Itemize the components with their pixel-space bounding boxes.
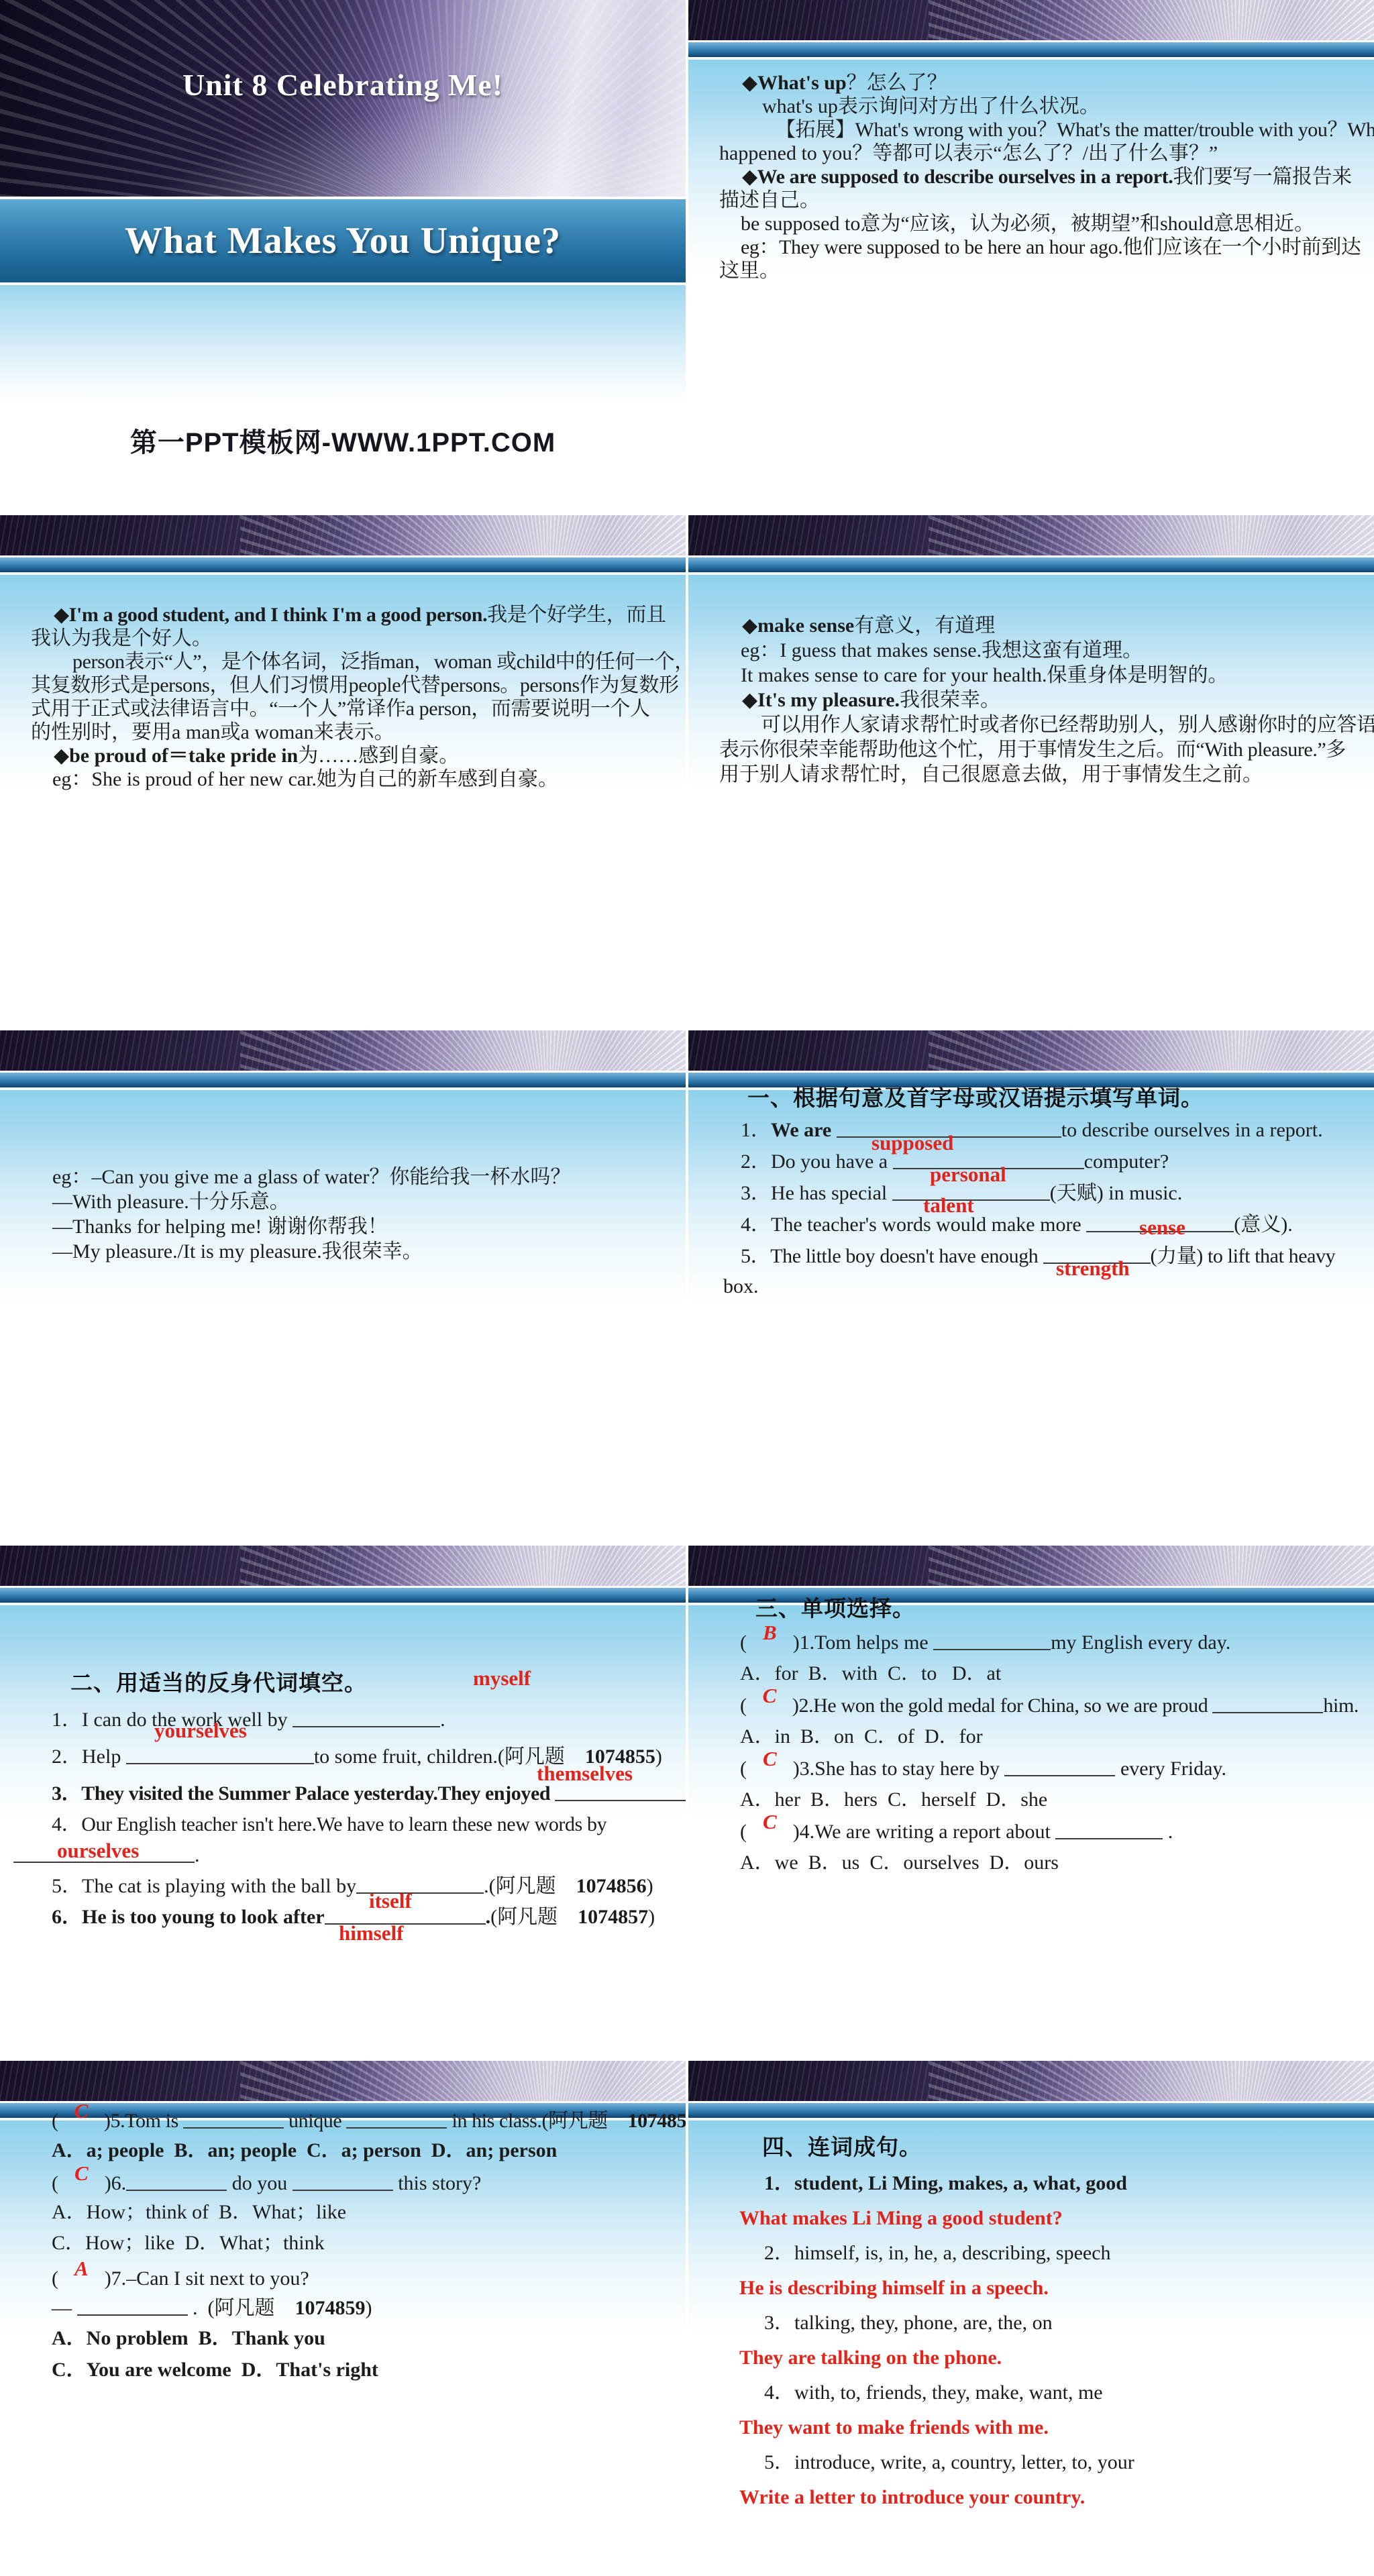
text-line: A．a; people B．an; people C．a; person D．a…	[52, 2138, 557, 2163]
text-segment: 1074858	[627, 2110, 686, 2132]
text-segment: 四、连词成句。	[762, 2135, 922, 2159]
text-line: 5．The little boy doesn't have enough (力量…	[741, 1244, 1335, 1269]
text-segment: —My pleasure./It is my pleasure.我很荣幸。	[52, 1240, 423, 1263]
text-segment: ◆It's my pleasure.	[742, 689, 900, 711]
text-segment: ？怎么了？	[847, 72, 947, 94]
text-segment: 1．	[741, 1119, 771, 1141]
blank-line	[293, 2173, 393, 2191]
text-line: eg：–Can you give me a glass of water？你能给…	[52, 1165, 570, 1190]
answer-text: .	[1043, 2277, 1049, 2299]
text-segment: 【拓展】What's wrong with you？What's the mat…	[776, 119, 1374, 141]
text-segment: what's up表示询问对方出了什么状况。	[762, 95, 1100, 117]
text-segment: C．You are welcome D．That's right	[52, 2359, 378, 2381]
slide-notes-make-sense: ◆make sense有意义，有道理eg：I guess that makes …	[688, 515, 1374, 1030]
blank-line	[293, 1710, 440, 1727]
text-segment: )2.He won the gold medal for China, so w…	[792, 1695, 1213, 1717]
text-line: be supposed to意为“应该，认为必须，被期望”和should意思相近…	[741, 211, 1314, 237]
answer-text: sense	[1139, 1216, 1185, 1240]
text-line: eg：I guess that makes sense.我想这蛮有道理。	[741, 638, 1143, 663]
text-line: — . (阿凡题 1074859)	[52, 2296, 372, 2321]
answer-letter: C	[58, 2161, 105, 2186]
blank-line	[126, 2173, 227, 2191]
answer-text: supposed	[871, 1131, 953, 1155]
text-segment: )4.We are writing a report about	[793, 1821, 1056, 1843]
text-segment: 2．Do you have a	[741, 1150, 893, 1173]
text-segment: ◆be proud of＝take pride in	[54, 745, 298, 767]
text-line: what's up表示询问对方出了什么状况。	[762, 94, 1100, 119]
text-line: They want to make friends with me.	[739, 2415, 1049, 2440]
text-segment: 5．The cat is playing with the ball by	[52, 1875, 356, 1897]
text-line: 可以用作人家请求帮忙时或者你已经帮助别人，别人感谢你时的应答语，	[761, 712, 1374, 738]
main-title: What Makes You Unique?	[125, 219, 561, 262]
text-segment: )7.–Can I sit next to you?	[105, 2267, 309, 2290]
text-segment: (阿凡题	[490, 1906, 578, 1928]
text-segment: 3．He has special	[741, 1182, 892, 1204]
text-line: 式用于正式或法律语言中。“一个人”常译作a person，而需要说明一个人	[31, 696, 650, 722]
text-segment: . (阿凡题	[188, 2297, 295, 2319]
text-line: It makes sense to care for your health.保…	[741, 663, 1228, 688]
answer-text: What makes Li Ming a good student?	[739, 2207, 1063, 2229]
answer-letter: C	[747, 1809, 793, 1835]
text-segment: 1．student, Li Ming, makes, a, what, good	[764, 2172, 1127, 2194]
text-segment: —Thanks for helping me! 谢谢你帮我！	[52, 1216, 388, 1238]
text-segment: box.	[723, 1275, 759, 1297]
answer-text: .	[997, 2347, 1002, 2369]
text-segment: 式用于正式或法律语言中。“一个人”常译作a person，而需要说明一个人	[31, 698, 650, 720]
blank-line	[1212, 1696, 1323, 1713]
text-line: box.	[723, 1274, 759, 1299]
answer-text: Write a letter to introduce your country	[739, 2486, 1080, 2508]
text-segment: 有意义，有道理	[854, 614, 995, 637]
blank-line	[555, 1784, 686, 1801]
text-segment: 我们要写一篇报告来	[1173, 166, 1351, 188]
answer-text: himself	[339, 1921, 403, 1945]
text-line: 这里。	[719, 258, 780, 284]
text-segment: (力量) to lift that heavy	[1151, 1245, 1336, 1267]
sky-gradient	[0, 285, 686, 402]
text-segment: 1074856	[576, 1875, 647, 1897]
text-line: —Thanks for helping me! 谢谢你帮我！	[52, 1214, 388, 1240]
text-segment: )1.Tom helps me	[793, 1631, 934, 1654]
text-line: C．How；like D．What；think	[52, 2231, 325, 2256]
text-segment: 为……感到自豪。	[298, 745, 459, 767]
text-line: A．How；think of B．What；like	[52, 2200, 346, 2225]
text-line: ◆It's my pleasure.我很荣幸。	[742, 688, 1000, 713]
text-line: 4．Our English teacher isn't here.We have…	[52, 1812, 606, 1837]
blank-line	[77, 2298, 188, 2316]
text-segment: 用于别人请求帮忙时，自己很愿意去做，用于事情发生之前。	[719, 763, 1263, 786]
section-heading: 二、用适当的反身代词填空。	[70, 1670, 367, 1696]
text-segment: eg：–Can you give me a glass of water？你能给…	[52, 1166, 570, 1188]
text-segment: )3.She has to stay here by	[793, 1758, 1005, 1780]
blank-line	[933, 1633, 1051, 1650]
text-segment: 4．with, to, friends, they, make, want, m…	[764, 2381, 1103, 2404]
blank-line	[183, 2111, 284, 2129]
text-segment: (	[52, 2110, 58, 2132]
text-layer: ◆I'm a good student, and I think I'm a g…	[0, 515, 686, 1030]
text-segment: ◆What's up	[742, 72, 847, 94]
text-segment: )	[647, 1875, 653, 1897]
answer-text: ourselves	[57, 1839, 139, 1863]
text-segment: eg：I guess that makes sense.我想这蛮有道理。	[741, 639, 1143, 661]
text-line: 的性别时，要用a man或a woman来表示。	[31, 720, 394, 745]
text-line: (C)5.Tom is unique in his class.(阿凡题 107…	[52, 2108, 686, 2134]
text-segment: 我是个好学生，而且	[487, 604, 666, 626]
answer-text: themselves	[537, 1762, 633, 1786]
answer-text: talent	[923, 1193, 974, 1218]
text-layer: 一、根据句意及首字母或汉语提示填写单词。1．We are to describe…	[688, 1030, 1374, 1546]
text-segment: this story?	[393, 2172, 482, 2194]
slide-grid: Unit 8 Celebrating Me! What Makes You Un…	[0, 0, 1374, 2576]
text-segment: (意义).	[1234, 1214, 1292, 1236]
text-segment: eg：She is proud of her new car.她为自己的新车感到…	[52, 768, 558, 790]
answer-text: They want to make friends with me	[739, 2416, 1043, 2438]
text-line: 5．The cat is playing with the ball by.(阿…	[52, 1874, 653, 1899]
text-line: 我认为我是个好人。	[31, 626, 212, 651]
text-segment: 5．introduce, write, a, country, letter, …	[764, 2451, 1134, 2473]
text-line: 表示你很荣幸能帮助他这个忙，用于事情发生之后。而“With pleasure.”…	[719, 737, 1346, 763]
slide-title: Unit 8 Celebrating Me! What Makes You Un…	[0, 0, 686, 515]
text-line: (C)4.We are writing a report about .	[740, 1819, 1173, 1845]
text-segment: .	[1163, 1821, 1173, 1843]
text-line: They are talking on the phone.	[739, 2345, 1002, 2371]
text-line: ◆be proud of＝take pride in为……感到自豪。	[54, 743, 459, 769]
slide-exercise-multiple-choice: 三、单项选择。(B)1.Tom helps me my English ever…	[688, 1546, 1374, 2061]
answer-letter: C	[747, 1683, 792, 1709]
text-segment: eg：They were supposed to be here an hour…	[741, 236, 1361, 258]
text-segment: 这里。	[719, 260, 780, 282]
slide-exercise-fill-words: 一、根据句意及首字母或汉语提示填写单词。1．We are to describe…	[688, 1030, 1374, 1546]
text-segment: do you	[227, 2172, 293, 2194]
text-segment: A．we B．us C．ourselves D．ours	[740, 1851, 1059, 1874]
text-segment: (	[740, 1695, 747, 1717]
unit-title: Unit 8 Celebrating Me!	[0, 67, 686, 103]
text-line: ◆I'm a good student, and I think I'm a g…	[54, 602, 666, 628]
text-line: He is describing himself in a speech.	[739, 2275, 1049, 2301]
answer-letter: C	[747, 1746, 793, 1772]
text-segment: 其复数形式是persons，但人们习惯用people代替persons。pers…	[31, 674, 679, 696]
answer-text: They are talking on the phone	[739, 2347, 997, 2369]
text-segment: 描述自己。	[719, 189, 820, 211]
text-segment: It makes sense to care for your health.保…	[741, 664, 1228, 686]
blank-line	[346, 2111, 447, 2129]
watermark-text: 第一PPT模板网-WWW.1PPT.COM	[0, 421, 686, 460]
answer-text: .	[1043, 2416, 1049, 2438]
text-line: person表示“人”，是个体名词，泛指man，woman 或child中的任何…	[72, 649, 686, 675]
text-layer: 三、单项选择。(B)1.Tom helps me my English ever…	[688, 1546, 1374, 2061]
answer-text: myself	[473, 1666, 531, 1690]
text-line: C．You are welcome D．That's right	[52, 2357, 378, 2383]
text-segment: 6．He is too young to look after	[52, 1906, 325, 1928]
text-segment: .	[195, 1844, 200, 1866]
answer-letter: C	[58, 2098, 104, 2124]
text-line: A．we B．us C．ourselves D．ours	[740, 1850, 1059, 1876]
text-segment: to describe ourselves in a report.	[1061, 1119, 1323, 1141]
text-line: 4．The teacher's words would make more (意…	[741, 1212, 1293, 1238]
text-segment: in his class.(阿凡题	[447, 2110, 627, 2132]
text-segment: happened to you？等都可以表示“怎么了？/出了什么事？”	[719, 142, 1218, 164]
text-segment: )	[648, 1906, 655, 1928]
text-segment: 的性别时，要用a man或a woman来表示。	[31, 721, 394, 743]
text-segment: —With pleasure.十分乐意。	[52, 1191, 290, 1213]
answer-letter: A	[58, 2256, 105, 2282]
text-line: Write a letter to introduce your country…	[739, 2485, 1085, 2510]
text-segment: A．No problem B．Thank you	[52, 2327, 325, 2349]
text-layer: 二、用适当的反身代词填空。1．I can do the work well by…	[0, 1546, 686, 2061]
text-segment: 三、单项选择。	[755, 1596, 915, 1621]
text-layer: 四、连词成句。1．student, Li Ming, makes, a, wha…	[688, 2061, 1374, 2576]
slide-exercise-sentence-building: 四、连词成句。1．student, Li Ming, makes, a, wha…	[688, 2061, 1374, 2576]
text-line: 其复数形式是persons，但人们习惯用people代替persons。pers…	[31, 673, 679, 698]
text-segment: A．in B．on C．of D．for	[740, 1725, 983, 1748]
text-segment: A．her B．hers C．herself D．she	[740, 1788, 1047, 1811]
text-line: (B)1.Tom helps me my English every day.	[740, 1629, 1230, 1656]
text-layer: ◆make sense有意义，有道理eg：I guess that makes …	[688, 515, 1374, 1030]
text-line: —With pleasure.十分乐意。	[52, 1189, 290, 1215]
text-segment: (	[52, 2267, 58, 2290]
blank-line	[126, 1747, 314, 1764]
text-line: happened to you？等都可以表示“怎么了？/出了什么事？”	[719, 141, 1218, 166]
text-segment: ◆We are supposed to describe ourselves i…	[742, 166, 1173, 188]
text-segment: .(阿凡题	[484, 1875, 576, 1897]
text-line: What makes Li Ming a good student?	[739, 2206, 1063, 2231]
text-segment: person表示“人”，是个体名词，泛指man，woman 或child中的任何…	[72, 651, 686, 673]
slide-notes-whats-up: ◆What's up？怎么了？what's up表示询问对方出了什么状况。【拓展…	[688, 0, 1374, 515]
text-line: ◆What's up？怎么了？	[742, 70, 947, 96]
text-segment: 二、用适当的反身代词填空。	[70, 1670, 367, 1695]
text-segment: 1074857	[578, 1906, 648, 1928]
text-line: ◆make sense有意义，有道理	[742, 613, 995, 639]
text-segment: )	[655, 1746, 662, 1768]
slide-notes-pleasure-dialogue: eg：–Can you give me a glass of water？你能给…	[0, 1030, 686, 1546]
blank-line	[1004, 1759, 1115, 1776]
text-segment: A．How；think of B．What；like	[52, 2201, 346, 2223]
text-segment: him.	[1323, 1695, 1359, 1717]
text-segment: 3．They visited the Summer Palace yesterd…	[52, 1782, 555, 1805]
text-line: 1．I can do the work well by .	[52, 1707, 445, 1733]
section-heading: 四、连词成句。	[762, 2135, 922, 2160]
text-segment: computer?	[1084, 1150, 1169, 1173]
text-layer: eg：–Can you give me a glass of water？你能给…	[0, 1030, 686, 1546]
text-segment: )6.	[105, 2172, 127, 2194]
answer-text: personal	[930, 1163, 1006, 1187]
text-line: 1．student, Li Ming, makes, a, what, good	[764, 2171, 1127, 2196]
text-segment: ◆I'm a good student, and I think I'm a g…	[54, 604, 487, 626]
text-segment: 5．The little boy doesn't have enough	[741, 1245, 1043, 1267]
answer-text: yourselves	[154, 1719, 247, 1743]
text-line: eg：They were supposed to be here an hour…	[741, 235, 1361, 260]
text-segment: (	[740, 1821, 747, 1843]
text-segment: every Friday.	[1115, 1758, 1226, 1780]
text-segment: be supposed to意为“应该，认为必须，被期望”和should意思相近…	[741, 213, 1314, 235]
text-segment: (天赋) in music.	[1050, 1182, 1182, 1204]
text-segment: C．How；like D．What；think	[52, 2232, 325, 2254]
text-line: A．No problem B．Thank you	[52, 2326, 325, 2351]
text-segment: )	[366, 2297, 372, 2319]
slide-exercise-multiple-choice-cont: (C)5.Tom is unique in his class.(阿凡题 107…	[0, 2061, 686, 2576]
text-segment: (	[52, 2172, 58, 2194]
text-segment: 表示你很荣幸能帮助他这个忙，用于事情发生之后。而“With pleasure.”…	[719, 739, 1346, 761]
text-segment: (	[740, 1631, 747, 1654]
section-heading: 一、根据句意及首字母或汉语提示填写单词。	[747, 1085, 1204, 1111]
text-line: (A)7.–Can I sit next to you?	[52, 2265, 309, 2292]
text-line: —My pleasure./It is my pleasure.我很荣幸。	[52, 1239, 423, 1265]
text-line: 用于别人请求帮忙时，自己很愿意去做，用于事情发生之前。	[719, 762, 1263, 788]
text-segment: .	[440, 1709, 445, 1731]
text-layer: (C)5.Tom is unique in his class.(阿凡题 107…	[0, 2061, 686, 2576]
text-segment: 4．Our English teacher isn't here.We have…	[52, 1813, 606, 1835]
answer-text: itself	[369, 1889, 412, 1913]
answer-text: .	[1080, 2486, 1086, 2508]
text-segment: 一、根据句意及首字母或汉语提示填写单词。	[747, 1085, 1204, 1110]
text-line: eg：She is proud of her new car.她为自己的新车感到…	[52, 767, 558, 792]
answer-text: He is describing himself in a speech	[739, 2277, 1043, 2299]
text-line: ◆We are supposed to describe ourselves i…	[742, 164, 1352, 190]
title-banner: What Makes You Unique?	[0, 197, 686, 285]
text-line: 2．himself, is, in, he, a, describing, sp…	[764, 2241, 1111, 2266]
blank-line	[1055, 1822, 1163, 1839]
text-segment: (	[740, 1758, 747, 1780]
text-segment: 2．Help	[52, 1746, 126, 1768]
slide-notes-good-person: ◆I'm a good student, and I think I'm a g…	[0, 515, 686, 1030]
text-line: 5．introduce, write, a, country, letter, …	[764, 2450, 1134, 2475]
text-segment: —	[52, 2297, 77, 2319]
text-segment: 1074859	[295, 2297, 366, 2319]
text-segment: 3．talking, they, phone, are, the, on	[764, 2312, 1053, 2334]
text-segment: A．for B．with C．to D．at	[740, 1662, 1001, 1684]
text-line: 4．with, to, friends, they, make, want, m…	[764, 2380, 1103, 2406]
text-line: 描述自己。	[719, 188, 820, 213]
slide-exercise-reflexive-pronouns: 二、用适当的反身代词填空。1．I can do the work well by…	[0, 1546, 686, 2061]
text-segment: 我认为我是个好人。	[31, 627, 212, 649]
text-segment: 4．The teacher's words would make more	[741, 1214, 1086, 1236]
text-segment: 2．himself, is, in, he, a, describing, sp…	[764, 2242, 1111, 2264]
text-segment: 我很荣幸。	[900, 689, 1000, 711]
text-segment: 可以用作人家请求帮忙时或者你已经帮助别人，别人感谢你时的应答语，	[761, 714, 1374, 736]
text-line: (C)2.He won the gold medal for China, so…	[740, 1693, 1359, 1719]
section-heading: 三、单项选择。	[755, 1596, 915, 1621]
text-line: (C)3.She has to stay here by every Frida…	[740, 1756, 1226, 1782]
answer-text: strength	[1056, 1256, 1130, 1281]
text-line: 1．We are to describe ourselves in a repo…	[741, 1118, 1323, 1143]
text-segment: unique	[284, 2110, 346, 2132]
text-line: 3．talking, they, phone, are, the, on	[764, 2310, 1053, 2336]
text-segment: A．a; people B．an; people C．a; person D．a…	[52, 2139, 557, 2161]
text-line: 【拓展】What's wrong with you？What's the mat…	[776, 117, 1374, 143]
text-segment: We are	[771, 1119, 837, 1141]
text-layer: ◆What's up？怎么了？what's up表示询问对方出了什么状况。【拓展…	[688, 0, 1374, 515]
answer-letter: B	[747, 1620, 793, 1646]
text-segment: my English every day.	[1051, 1631, 1230, 1654]
text-segment: )5.Tom is	[104, 2110, 183, 2132]
text-line: (C)6. do you this story?	[52, 2170, 481, 2196]
text-segment: ◆make sense	[742, 614, 854, 637]
